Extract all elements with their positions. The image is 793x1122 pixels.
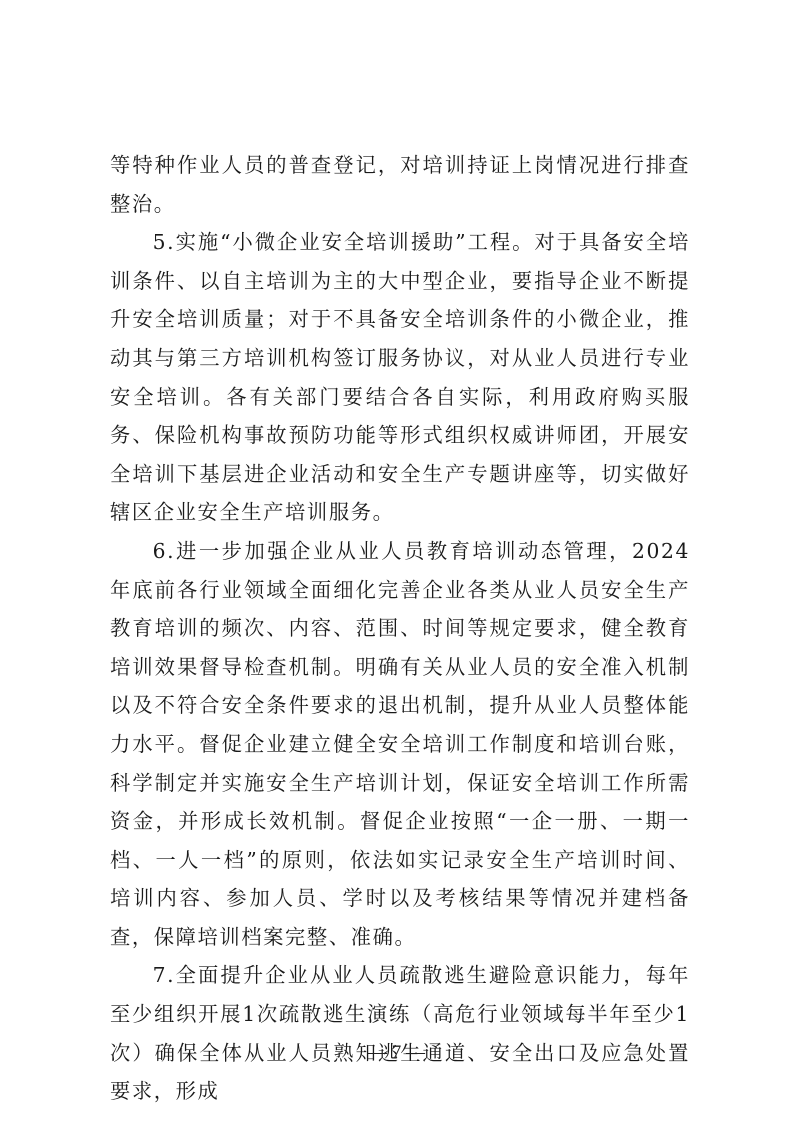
paragraph-item-6: 6.进一步加强企业从业人员教育培训动态管理，2024年底前各行业领域全面细化完善… (110, 532, 690, 957)
paragraph-item-7: 7.全面提升企业从业人员疏散逃生避险意识能力，每年至少组织开展1次疏散逃生演练（… (110, 956, 690, 1110)
paragraph-continuation: 等特种作业人员的普查登记，对培训持证上岗情况进行排查整治。 (110, 146, 690, 223)
document-body: 等特种作业人员的普查登记，对培训持证上岗情况进行排查整治。 5.实施“小微企业安… (110, 146, 690, 1111)
paragraph-item-5: 5.实施“小微企业安全培训援助”工程。对于具备安全培训条件、以自主培训为主的大中… (110, 223, 690, 532)
page-number: — 7 — (0, 1042, 793, 1064)
